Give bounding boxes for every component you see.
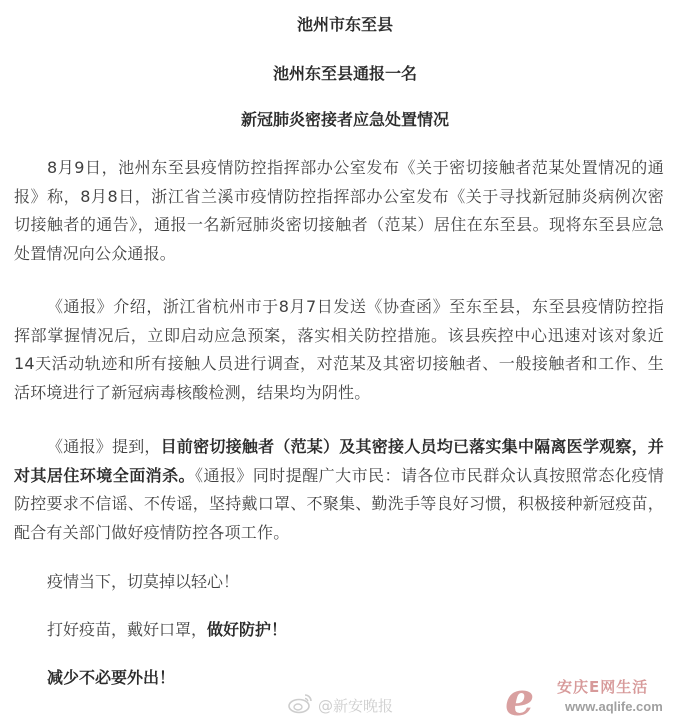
slogan-2-bold: 做好防护！ (207, 620, 287, 639)
slogan-1: 疫情当下，切莫掉以轻心！ (47, 569, 239, 592)
heading-subtitle: 新冠肺炎密接者应急处置情况 (0, 107, 690, 130)
weibo-handle: @新安晚报 (318, 695, 393, 716)
slogan-3: 减少不必要外出！ (47, 665, 175, 688)
slogan-2-text: 打好疫苗，戴好口罩， (47, 620, 207, 639)
weibo-icon (288, 692, 314, 718)
paragraph-1: 8月9日，池州东至县疫情防控指挥部办公室发布《关于密切接触者范某处置情况的通报》… (14, 154, 664, 268)
slogan-2: 打好疫苗，戴好口罩，做好防护！ (47, 617, 287, 640)
weibo-watermark: @新安晚报 (288, 692, 393, 718)
aqlife-logo-icon: e (505, 676, 534, 722)
heading-location: 池州市东至县 (0, 12, 690, 35)
paragraph-3-prefix: 《通报》提到， (47, 437, 161, 456)
aqlife-name: 安庆E网生活 (557, 676, 648, 697)
aqlife-watermark: e 安庆E网生活 www.aqlife.com (505, 672, 690, 722)
paragraph-3: 《通报》提到，目前密切接触者（范某）及其密接人员均已落实集中隔离医学观察，并对其… (14, 433, 664, 547)
heading-title: 池州东至县通报一名 (0, 61, 690, 84)
paragraph-2: 《通报》介绍，浙江省杭州市于8月7日发送《协查函》至东至县，东至县疫情防控指挥部… (14, 293, 664, 407)
slogan-3-bold: 减少不必要外出！ (47, 668, 175, 687)
aqlife-url: www.aqlife.com (565, 699, 663, 714)
